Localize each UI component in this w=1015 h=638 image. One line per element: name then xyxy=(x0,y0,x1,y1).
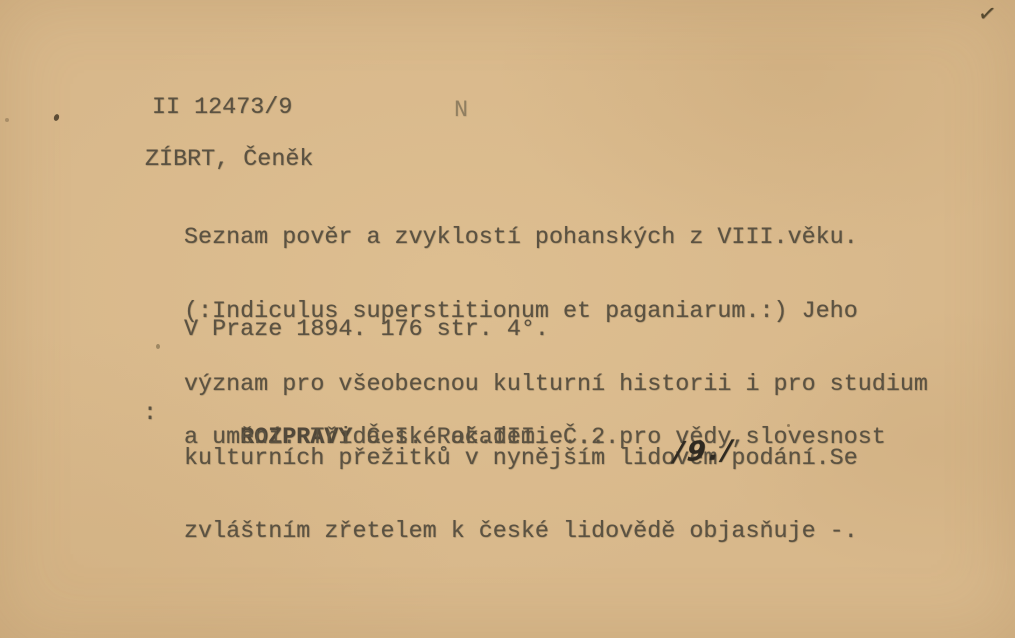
catalog-card: II 12473/9 N ✓ ZÍBRT, Čeněk Seznam pověr… xyxy=(0,0,1015,638)
title-block: Seznam pověr a zvyklostí pohanských z VI… xyxy=(184,177,928,594)
ink-speck xyxy=(53,113,60,121)
title-line: zvláštním zřetelem k české lidovědě obja… xyxy=(184,520,928,545)
author-heading: ZÍBRT, Čeněk xyxy=(145,148,313,173)
title-line: význam pro všeobecnou kulturní historii … xyxy=(184,373,928,398)
series-line-2: a umění. Třida I. Roč.III. Č.2. xyxy=(184,426,619,451)
location-letter: N xyxy=(454,99,468,124)
ink-speck xyxy=(787,424,790,427)
handwritten-part-number: /9./ xyxy=(673,435,736,468)
ink-speck xyxy=(5,118,9,122)
title-line: Seznam pověr a zvyklostí pohanských z VI… xyxy=(184,226,928,251)
imprint-line: V Praze 1894. 176 str. 4°. xyxy=(184,318,549,343)
ink-speck xyxy=(156,344,160,349)
call-number: II 12473/9 xyxy=(152,96,292,121)
series-colon: : xyxy=(143,402,157,427)
handwritten-check-icon: ✓ xyxy=(976,1,998,28)
